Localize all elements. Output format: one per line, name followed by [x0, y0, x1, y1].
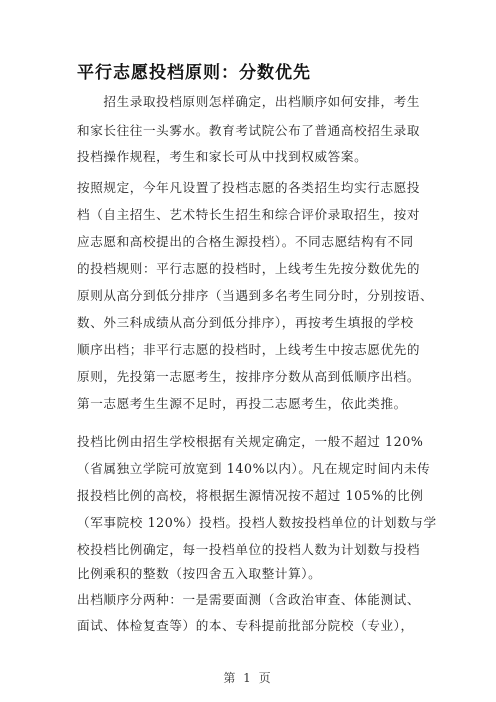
document-page: 平行志愿投档原则：分数优先 招生录取投档原则怎样确定，出档顺序如何安排，考生 和… [0, 0, 496, 702]
paragraph-2-line-8: 原则，先投第一志愿考生，按排序分数从高到低顺序出档。 [77, 369, 420, 385]
paragraph-3-line-4: （军事院校 120%）投档。投档人数按投档单位的计划数与学 [77, 515, 437, 531]
paragraph-2-line-2: 档（自主招生、艺术特长生招生和综合评价录取招生，按对 [77, 207, 420, 223]
paragraph-2-line-6: 数、外三科成绩从高分到低分排序），再按考生填报的学校 [77, 315, 414, 331]
paragraph-4-line-1: 出档顺序分两种：一是需要面测（含政治审查、体能测试、 [77, 592, 420, 608]
paragraph-2-line-3: 应志愿和高校提出的合格生源投档）。不同志愿结构有不同 [77, 234, 414, 250]
paragraph-1-line-3: 投档操作规程，考生和家长可从中找到权威答案。 [77, 149, 367, 165]
paragraph-1-line-1: 招生录取投档原则怎样确定，出档顺序如何安排，考生 [77, 94, 420, 110]
paragraph-3-line-6: 比例乘积的整数（按四舍五入取整计算）。 [77, 566, 321, 582]
paragraph-2-line-1: 按照规定，今年凡设置了投档志愿的各类招生均实行志愿投 [77, 180, 420, 196]
paragraph-2-line-5: 原则从高分到低分排序（当遇到多名考生同分时，分别按语、 [77, 288, 433, 304]
document-title: 平行志愿投档原则：分数优先 [77, 58, 311, 83]
paragraph-3-line-5: 校投档比例确定，每一投档单位的投档人数为计划数与投档 [77, 542, 420, 558]
paragraph-3-line-2: （省属独立学院可放宽到 140%以内）。凡在规定时间内未传 [77, 461, 430, 477]
paragraph-1-line-2: 和家长往往一头雾水。教育考试院公布了普通高校招生录取 [77, 123, 420, 139]
paragraph-2-line-4: 的投档规则：平行志愿的投档时，上线考生先按分数优先的 [77, 261, 420, 277]
paragraph-2-line-9: 第一志愿考生生源不足时，再投二志愿考生，依此类推。 [77, 396, 407, 412]
paragraph-3-line-1: 投档比例由招生学校根据有关规定确定，一般不超过 120% [77, 434, 423, 450]
paragraph-3-line-3: 报投档比例的高校，将根据生源情况按不超过 105%的比例 [77, 488, 423, 504]
paragraph-2-line-7: 顺序出档；非平行志愿的投档时，上线考生中按志愿优先的 [77, 342, 420, 358]
page-number-footer: 第 1 页 [0, 669, 496, 686]
paragraph-4-line-2: 面试、体检复查等）的本、专科提前批部分院校（专业）， [77, 618, 414, 634]
